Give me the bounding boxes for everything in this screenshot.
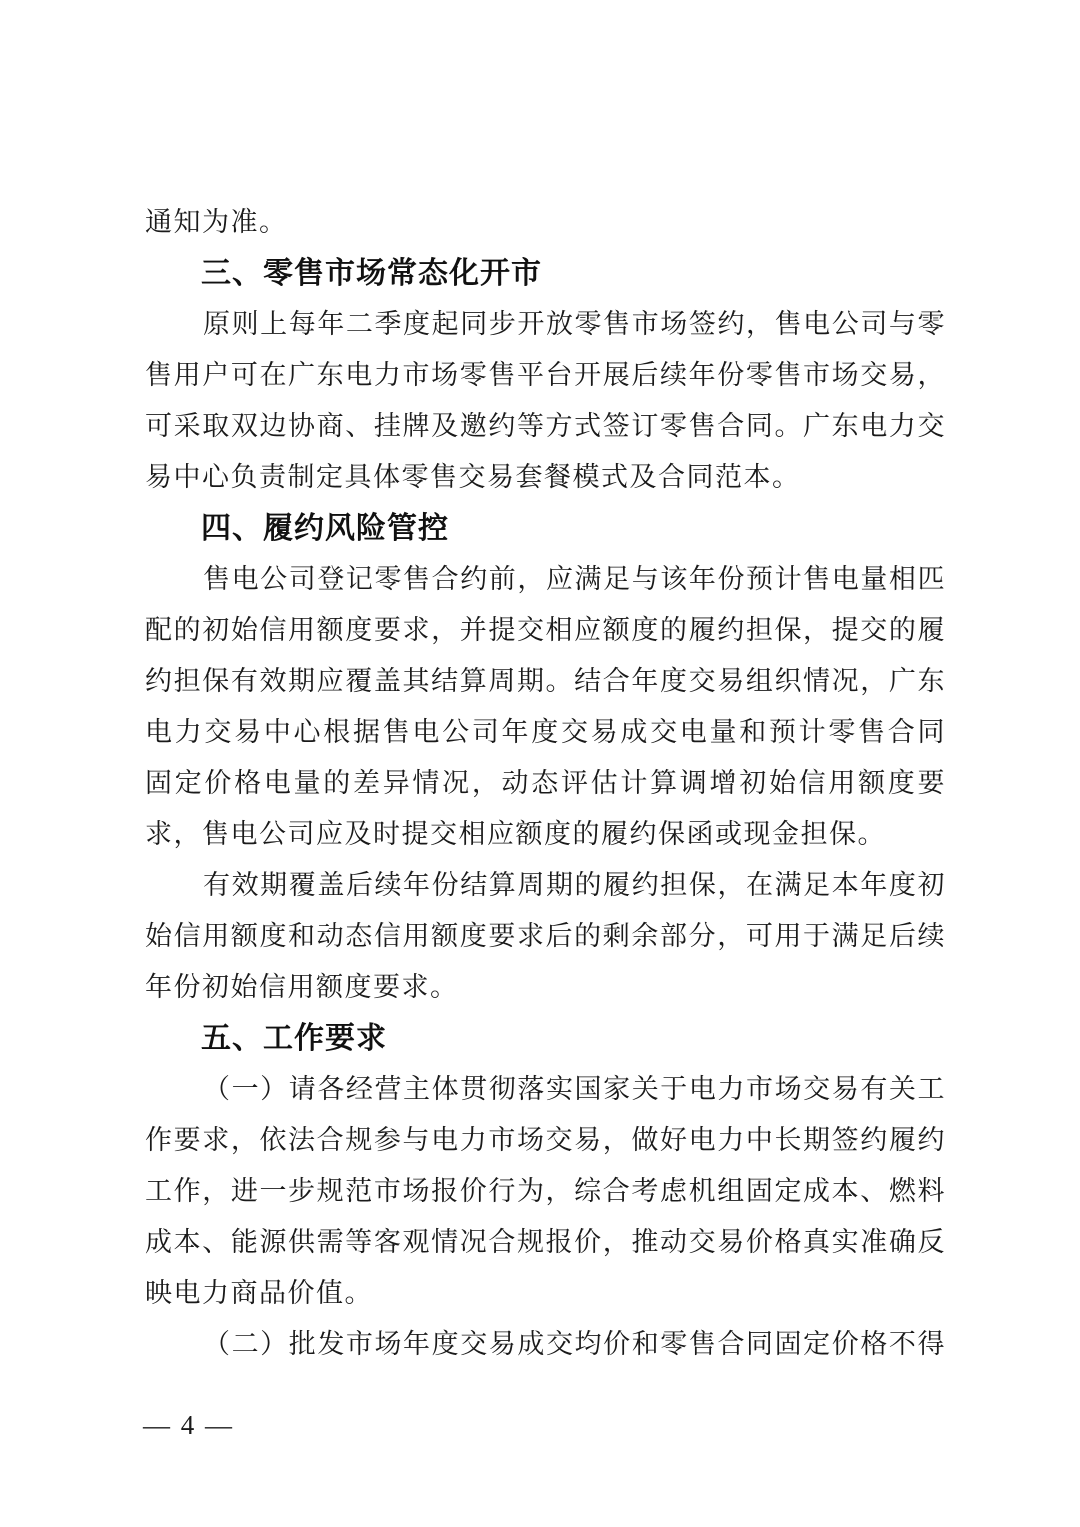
text-line: 始信用额度和动态信用额度要求后的剩余部分，可用于满足后续 [145, 911, 945, 962]
text-line: 电力交易中心根据售电公司年度交易成交电量和预计零售合同 [145, 707, 945, 758]
page-number: — 4 — [143, 1408, 234, 1442]
text-line: 可采取双边协商、挂牌及邀约等方式签订零售合同。广东电力交 [145, 401, 945, 452]
section-heading-three: 三、零售市场常态化开市 [145, 248, 945, 299]
text-line: 有效期覆盖后续年份结算周期的履约担保，在满足本年度初 [145, 860, 945, 911]
text-line: 通知为准。 [145, 197, 945, 248]
document-page: 通知为准。 三、零售市场常态化开市 原则上每年二季度起同步开放零售市场签约，售电… [0, 0, 1080, 1527]
text-line: （一）请各经营主体贯彻落实国家关于电力市场交易有关工 [145, 1064, 945, 1115]
text-line: 售电公司登记零售合约前，应满足与该年份预计售电量相匹 [145, 554, 945, 605]
text-line: 工作，进一步规范市场报价行为，综合考虑机组固定成本、燃料 [145, 1166, 945, 1217]
text-line: 作要求，依法合规参与电力市场交易，做好电力中长期签约履约 [145, 1115, 945, 1166]
text-line: 年份初始信用额度要求。 [145, 962, 945, 1013]
text-line: 配的初始信用额度要求，并提交相应额度的履约担保，提交的履 [145, 605, 945, 656]
text-line: 约担保有效期应覆盖其结算周期。结合年度交易组织情况，广东 [145, 656, 945, 707]
text-line: 成本、能源供需等客观情况合规报价，推动交易价格真实准确反 [145, 1217, 945, 1268]
text-line: 求，售电公司应及时提交相应额度的履约保函或现金担保。 [145, 809, 945, 860]
section-heading-five: 五、工作要求 [145, 1013, 945, 1064]
text-line: （二）批发市场年度交易成交均价和零售合同固定价格不得 [145, 1319, 945, 1370]
document-body: 通知为准。 三、零售市场常态化开市 原则上每年二季度起同步开放零售市场签约，售电… [145, 197, 945, 1370]
text-line: 映电力商品价值。 [145, 1268, 945, 1319]
text-line: 售用户可在广东电力市场零售平台开展后续年份零售市场交易， [145, 350, 945, 401]
text-line: 固定价格电量的差异情况，动态评估计算调增初始信用额度要 [145, 758, 945, 809]
text-line: 易中心负责制定具体零售交易套餐模式及合同范本。 [145, 452, 945, 503]
text-line: 原则上每年二季度起同步开放零售市场签约，售电公司与零 [145, 299, 945, 350]
section-heading-four: 四、履约风险管控 [145, 503, 945, 554]
